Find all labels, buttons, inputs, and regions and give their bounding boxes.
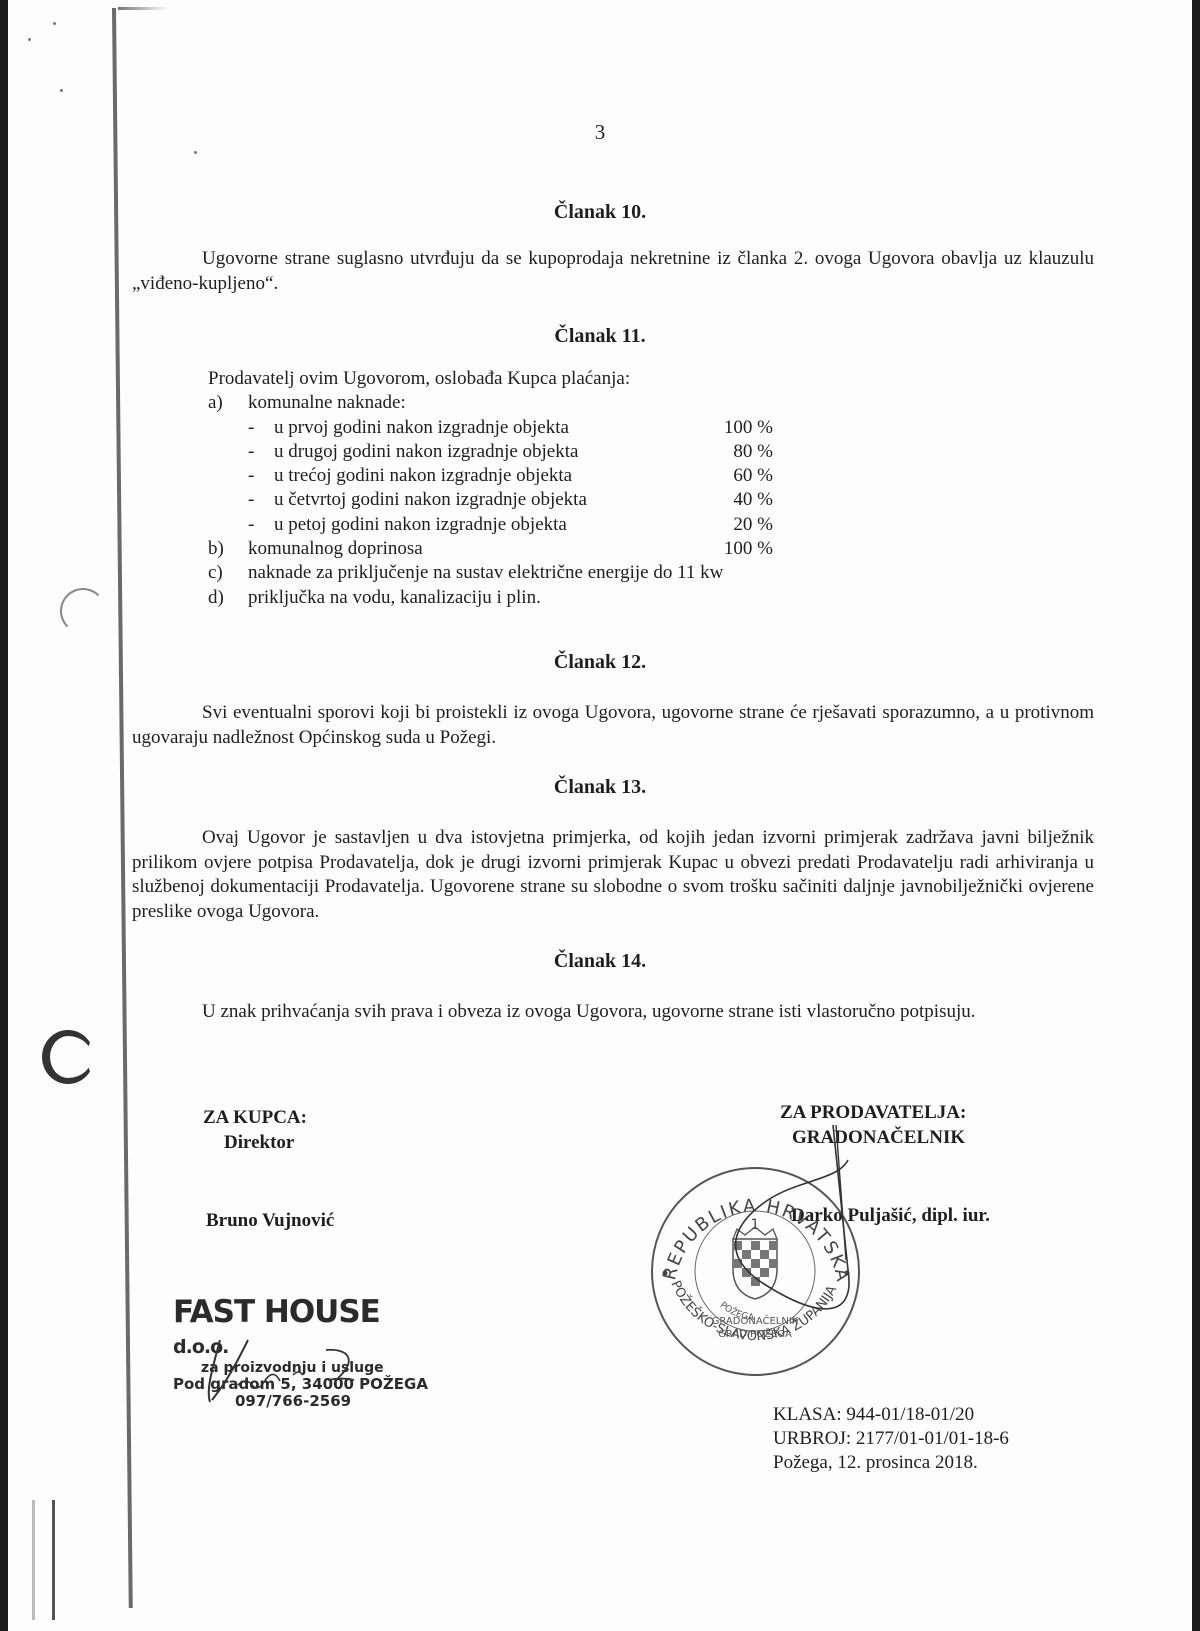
list-marker: b) xyxy=(208,537,248,561)
list-item-value: 80 % xyxy=(713,440,773,464)
list-item: b)komunalnog doprinosa100 % xyxy=(208,537,908,561)
article-heading: Članak 10. xyxy=(8,201,1192,224)
list-item-text: u trećoj godini nakon izgradnje objekta xyxy=(274,464,572,488)
list-marker: - xyxy=(248,513,274,537)
binder-margin-top xyxy=(118,7,168,10)
scan-speck xyxy=(28,38,31,41)
list-item-text: u drugoj godini nakon izgradnje objekta xyxy=(274,440,578,464)
list-marker: c) xyxy=(208,561,248,585)
seller-handwritten-signature xyxy=(698,1120,898,1340)
urbroj: URBROJ: 2177/01-01/01-18-6 xyxy=(773,1427,1009,1451)
exemption-list: Prodavatelj ovim Ugovorom, oslobađa Kupc… xyxy=(208,367,908,610)
list-item: -u drugoj godini nakon izgradnje objekta… xyxy=(208,440,908,464)
article-text: Ovaj Ugovor je sastavljen u dva istovjet… xyxy=(132,826,1094,924)
list-item-text: u prvoj godini nakon izgradnje objekta xyxy=(274,416,569,440)
buyer-role: Direktor xyxy=(224,1132,294,1154)
list-item: -u prvoj godini nakon izgradnje objekta1… xyxy=(208,416,908,440)
list-item-text: priključka na vodu, kanalizaciju i plin. xyxy=(248,586,541,610)
article-heading: Članak 14. xyxy=(8,950,1192,973)
list-item: -u trećoj godini nakon izgradnje objekta… xyxy=(208,464,908,488)
binder-margin-line xyxy=(112,8,133,1608)
list-item: -u četvrtoj godini nakon izgradnje objek… xyxy=(208,488,908,512)
list-item-text: naknade za priključenje na sustav elektr… xyxy=(248,561,723,585)
list-marker: a) xyxy=(208,391,248,415)
klasa: KLASA: 944-01/18-01/20 xyxy=(773,1403,1009,1427)
list-item-value: 100 % xyxy=(713,537,773,561)
article-heading: Članak 13. xyxy=(8,776,1192,799)
list-item-text: u četvrtoj godini nakon izgradnje objekt… xyxy=(274,488,587,512)
punch-hole xyxy=(42,1030,94,1084)
list-item-text: u petoj godini nakon izgradnje objekta xyxy=(274,513,567,537)
page-number: 3 xyxy=(8,120,1192,145)
buyer-label: ZA KUPCA: xyxy=(203,1107,307,1129)
article-text: Svi eventualni sporovi koji bi proistekl… xyxy=(132,701,1094,750)
scan-edge-line xyxy=(52,1500,55,1620)
article-text: U znak prihvaćanja svih prava i obveza i… xyxy=(132,1000,1094,1025)
stamp-company: FAST HOUSE xyxy=(173,1294,380,1330)
list-intro: Prodavatelj ovim Ugovorom, oslobađa Kupc… xyxy=(208,367,908,391)
article-heading: Članak 12. xyxy=(8,651,1192,674)
place-date: Požega, 12. prosinca 2018. xyxy=(773,1451,1009,1475)
list-marker: d) xyxy=(208,586,248,610)
article-paragraph: U znak prihvaćanja svih prava i obveza i… xyxy=(132,1000,1094,1025)
article-text: Ugovorne strane suglasno utvrđuju da se … xyxy=(132,247,1094,296)
list-item: d)priključka na vodu, kanalizaciju i pli… xyxy=(208,586,908,610)
list-item: a)komunalne naknade: xyxy=(208,391,908,415)
article-heading: Članak 11. xyxy=(8,325,1192,348)
list-marker: - xyxy=(248,416,274,440)
article-paragraph: Ovaj Ugovor je sastavljen u dva istovjet… xyxy=(132,826,1094,924)
list-item-text: komunalnog doprinosa xyxy=(248,537,423,561)
list-item-value: 100 % xyxy=(713,416,773,440)
list-marker: - xyxy=(248,440,274,464)
list-marker: - xyxy=(248,464,274,488)
buyer-name: Bruno Vujnović xyxy=(206,1210,334,1232)
list-item-value: 20 % xyxy=(713,513,773,537)
scan-speck xyxy=(53,22,56,25)
list-item: -u petoj godini nakon izgradnje objekta2… xyxy=(208,513,908,537)
list-item-value: 60 % xyxy=(713,464,773,488)
list-item: c)naknade za priključenje na sustav elek… xyxy=(208,561,908,585)
list-item-value: 40 % xyxy=(713,488,773,512)
list-marker: - xyxy=(248,488,274,512)
article-paragraph: Ugovorne strane suglasno utvrđuju da se … xyxy=(132,247,1094,296)
scan-edge-line xyxy=(32,1500,35,1620)
scanned-page: 3 Članak 10. Ugovorne strane suglasno ut… xyxy=(8,0,1192,1631)
document-meta: KLASA: 944-01/18-01/20 URBROJ: 2177/01-0… xyxy=(773,1403,1009,1475)
article-paragraph: Svi eventualni sporovi koji bi proistekl… xyxy=(132,701,1094,750)
buyer-handwritten-signature xyxy=(198,1330,378,1410)
scan-speck xyxy=(60,89,63,92)
list-item-text: komunalne naknade: xyxy=(248,391,406,415)
punch-hole xyxy=(60,588,106,634)
scan-speck xyxy=(194,151,197,154)
